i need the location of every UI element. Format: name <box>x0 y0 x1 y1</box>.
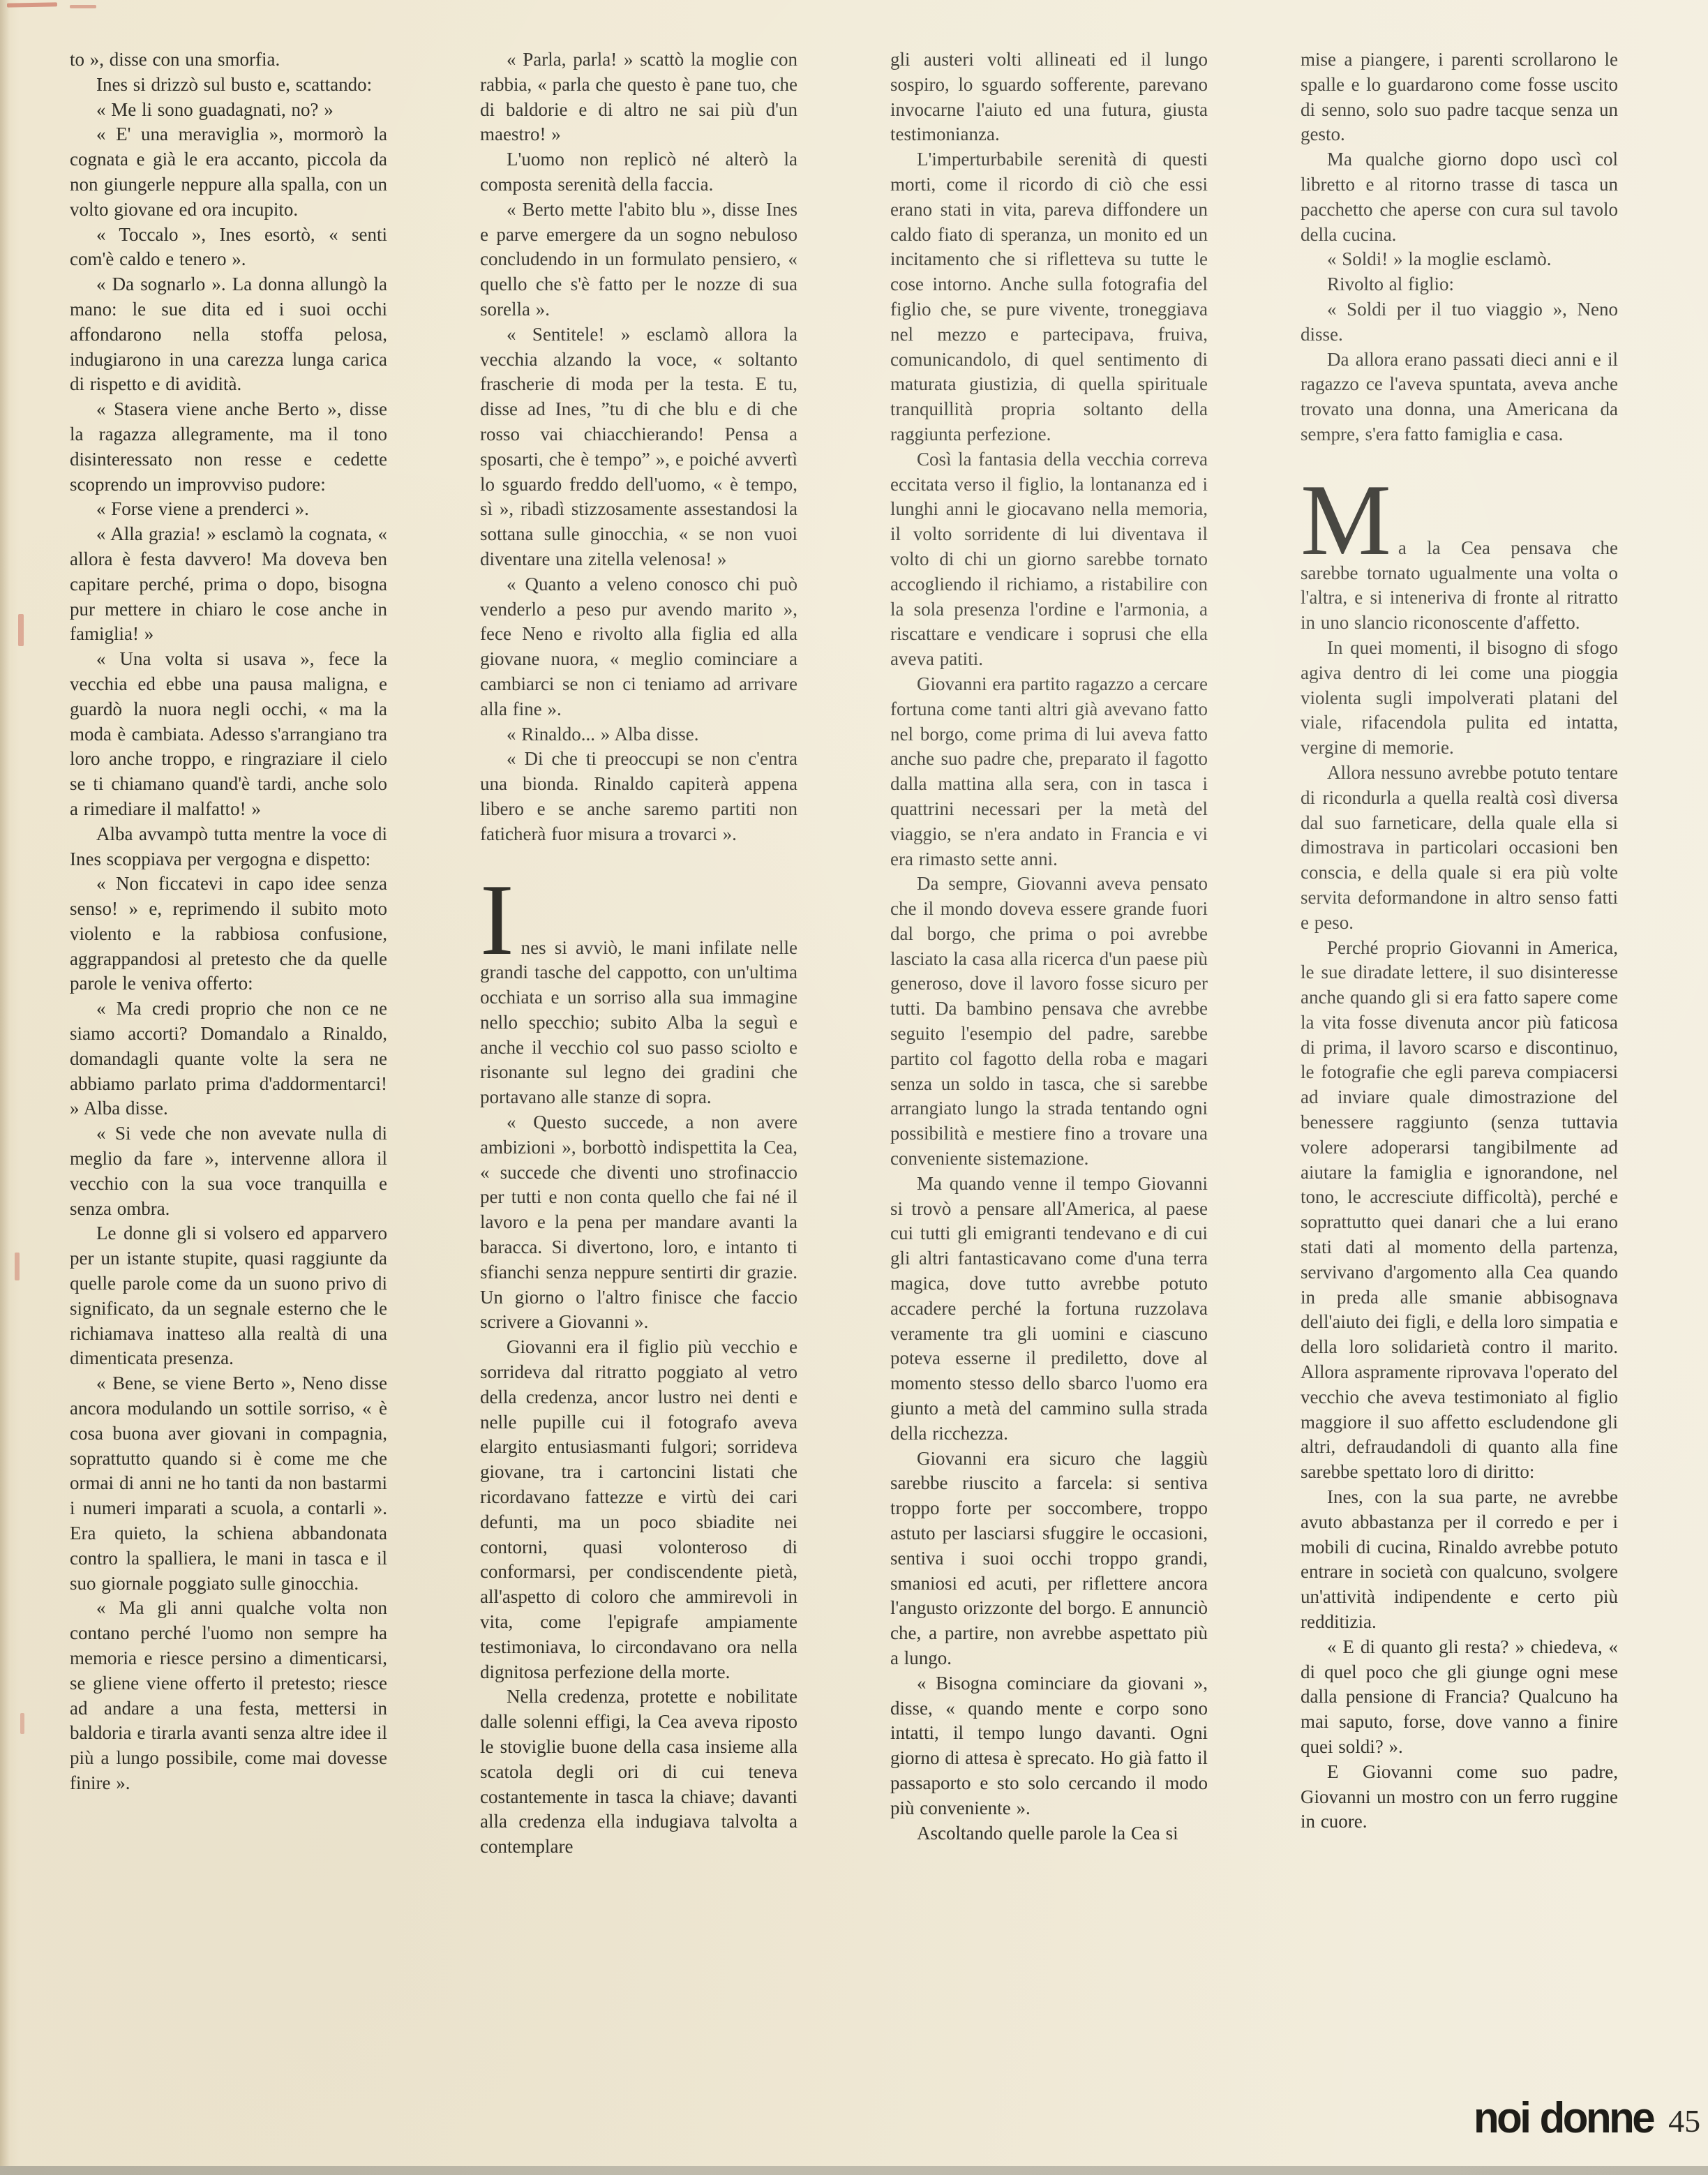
scan-red-mark <box>70 5 96 8</box>
paragraph: « Una volta si usava », fece la vecchia … <box>70 647 387 822</box>
paragraph: « Me li sono guadagnati, no? » <box>70 98 387 123</box>
paragraph: Nella credenza, protette e nobilitate da… <box>480 1684 797 1860</box>
paragraph: « Sentitele! » esclamò allora la vecchia… <box>480 322 797 572</box>
paragraph: « Quanto a veleno conosco chi può vender… <box>480 572 797 722</box>
page-bottom-edge <box>0 2166 1708 2175</box>
magazine-logo: noi donne <box>1474 2093 1653 2143</box>
paragraph: « Stasera viene anche Berto », disse la … <box>70 397 387 497</box>
paragraph: Giovanni era partito ragazzo a cercare f… <box>890 672 1208 872</box>
paragraph: Ines si avviò, le mani infilate nelle gr… <box>480 920 797 1111</box>
paragraph: « Soldi! » la moglie esclamò. <box>1301 247 1618 272</box>
paragraph: L'imperturbabile serenità di questi mort… <box>890 147 1208 447</box>
paragraph: « Di che ti preoccupi se non c'entra una… <box>480 747 797 846</box>
paragraph: « Soldi per il tuo viaggio », Neno disse… <box>1301 297 1618 347</box>
paragraph: Da allora erano passati dieci anni e il … <box>1301 347 1618 447</box>
paragraph: « Bene, se viene Berto », Neno disse anc… <box>70 1371 387 1596</box>
paragraph: « Si vede che non avevate nulla di megli… <box>70 1121 387 1221</box>
paragraph: mise a piangere, i parenti scrollarono l… <box>1301 47 1618 147</box>
paragraph: Così la fantasia della vecchia correva e… <box>890 447 1208 672</box>
paragraph: Ma quando venne il tempo Giovanni si tro… <box>890 1172 1208 1447</box>
scan-red-mark <box>20 1713 24 1734</box>
paragraph: Da sempre, Giovanni aveva pensato che il… <box>890 872 1208 1172</box>
drop-cap: I <box>480 863 514 976</box>
paragraph: In quei momenti, il bisogno di sfogo agi… <box>1301 636 1618 761</box>
text-column-1: to », disse con una smorfia.Ines si driz… <box>70 47 387 2146</box>
paragraph: « E di quanto gli resta? » chiedeva, « d… <box>1301 1635 1618 1760</box>
page-left-edge-shadow <box>0 0 10 2175</box>
paragraph: « Alla grazia! » esclamò la cognata, « a… <box>70 522 387 647</box>
paragraph: Ma la Cea pensava che sarebbe tornato ug… <box>1301 520 1618 636</box>
paragraph: « Ma gli anni qualche volta non contano … <box>70 1596 387 1795</box>
paragraph: « Berto mette l'abito blu », disse Ines … <box>480 197 797 322</box>
scan-red-mark <box>15 1253 20 1280</box>
paragraph: « Rinaldo... » Alba disse. <box>480 722 797 747</box>
page-number: 45 <box>1668 2102 1700 2139</box>
paragraph: Ines, con la sua parte, ne avrebbe avuto… <box>1301 1485 1618 1635</box>
paragraph: Rivolto al figlio: <box>1301 272 1618 297</box>
paragraph: Ma qualche giorno dopo uscì col libretto… <box>1301 147 1618 247</box>
paragraph: E Giovanni come suo padre, Giovanni un m… <box>1301 1760 1618 1834</box>
article-body: to », disse con una smorfia.Ines si driz… <box>70 47 1618 2146</box>
paragraph: « Ma credi proprio che non ce ne siamo a… <box>70 996 387 1121</box>
paragraph: Ascoltando quelle parole la Cea si <box>890 1821 1208 1846</box>
scan-red-mark <box>18 614 24 646</box>
paragraph: « Toccalo », Ines esortò, « senti com'è … <box>70 223 387 273</box>
paragraph: Le donne gli si volsero ed apparvero per… <box>70 1221 387 1371</box>
paragraph: « Da sognarlo ». La donna allungò la man… <box>70 272 387 397</box>
paragraph: « E' una meraviglia », mormorò la cognat… <box>70 122 387 222</box>
paragraph: to », disse con una smorfia. <box>70 47 387 73</box>
drop-cap: M <box>1301 463 1391 576</box>
text-column-4: mise a piangere, i parenti scrollarono l… <box>1301 47 1618 2088</box>
paragraph: « Questo succede, a non avere ambizioni … <box>480 1110 797 1335</box>
paragraph: L'uomo non replicò né alterò la composta… <box>480 147 797 197</box>
paragraph: gli austeri volti allineati ed il lungo … <box>890 47 1208 147</box>
paragraph: Alba avvampò tutta mentre la voce di Ine… <box>70 822 387 872</box>
paragraph: « Non ficcatevi in capo idee senza senso… <box>70 872 387 996</box>
paragraph: Ines si drizzò sul busto e, scattando: <box>70 73 387 98</box>
page-footer: noi donne 45 <box>1474 2093 1700 2142</box>
paragraph: Allora nessuno avrebbe potuto tentare di… <box>1301 761 1618 936</box>
paragraph: Perché proprio Giovanni in America, le s… <box>1301 936 1618 1486</box>
text-column-2: « Parla, parla! » scattò la moglie con r… <box>480 47 797 2146</box>
paragraph: Giovanni era sicuro che laggiù sarebbe r… <box>890 1447 1208 1671</box>
magazine-page: to », disse con una smorfia.Ines si driz… <box>0 0 1708 2175</box>
paragraph: « Parla, parla! » scattò la moglie con r… <box>480 47 797 147</box>
paragraph: « Bisogna cominciare da giovani », disse… <box>890 1671 1208 1821</box>
text-column-3: gli austeri volti allineati ed il lungo … <box>890 47 1208 2146</box>
paragraph: « Forse viene a prenderci ». <box>70 497 387 522</box>
paragraph: Giovanni era il figlio più vecchio e sor… <box>480 1335 797 1684</box>
scan-red-mark <box>7 2 57 7</box>
